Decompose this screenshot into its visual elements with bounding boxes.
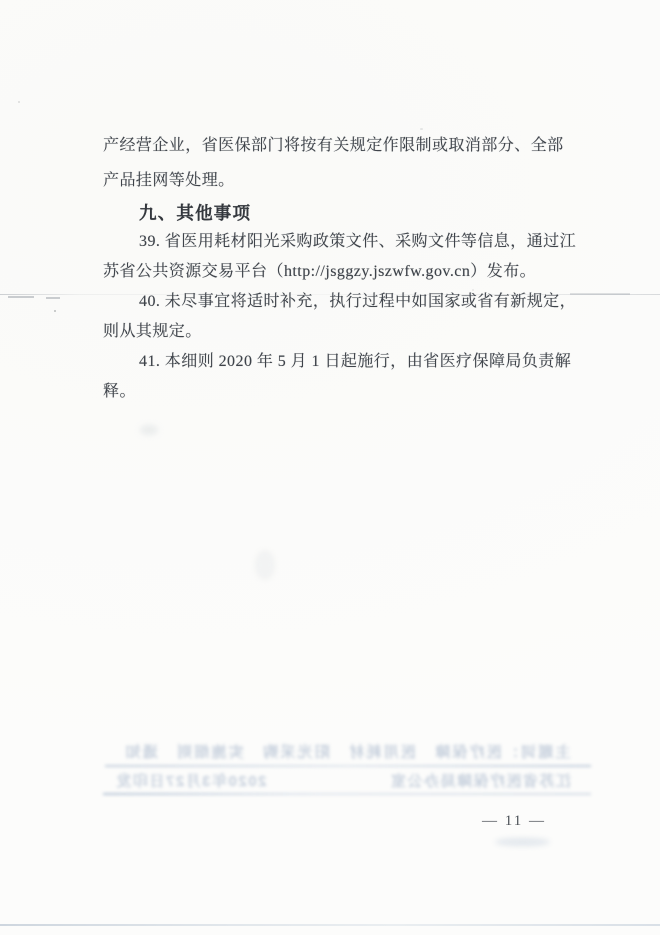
item-39-line-1: 39. 省医用耗材阳光采购政策文件、采购文件等信息，通过江 (139, 231, 576, 253)
bleed-through-rule-bottom (103, 793, 591, 795)
page-number: — 11 — (482, 813, 546, 830)
item-40-line-2: 则从其规定。 (103, 321, 202, 343)
ghost-mark (495, 838, 550, 846)
scan-crease-dash (8, 296, 34, 298)
dust-speck (420, 128, 423, 130)
item-41-line-1: 41. 本细则 2020 年 5 月 1 日起施行，由省医疗保障局负责解 (139, 351, 571, 373)
bleed-through-block: 主题词：医疗保障 医用耗材 阳光采购 实施细则 通知 江苏省医疗保障局办公室 2… (103, 738, 591, 800)
section-heading-9: 九、其他事项 (139, 200, 251, 225)
bleed-through-rule-top (105, 765, 591, 767)
paragraph-continuation-line-2: 产品挂网等处理。 (103, 170, 235, 192)
paragraph-continuation-line-1: 产经营企业，省医保部门将按有关规定作限制或取消部分、全部 (103, 135, 564, 157)
bleed-through-office-text: 江苏省医疗保障局办公室 (389, 770, 591, 791)
dust-speck (18, 101, 20, 103)
item-39-line-2: 苏省公共资源交易平台（http://jsggzy.jszwfw.gov.cn）发… (103, 261, 536, 283)
bleed-through-line-1: 主题词：医疗保障 医用耗材 阳光采购 实施细则 通知 (105, 741, 589, 762)
scanned-document-page: 产经营企业，省医保部门将按有关规定作限制或取消部分、全部 产品挂网等处理。 九、… (0, 0, 660, 935)
dust-speck (54, 310, 56, 312)
item-41-line-2: 释。 (103, 381, 136, 403)
scan-smudge (140, 425, 158, 435)
bleed-through-date-text: 2020年3月27日印发 (105, 770, 266, 791)
bleed-through-line-2: 江苏省医疗保障局办公室 2020年3月27日印发 (105, 770, 591, 791)
scan-smudge (255, 550, 275, 580)
dust-speck (472, 289, 474, 291)
scan-bottom-edge (0, 924, 660, 926)
scan-crease-line (0, 294, 660, 295)
scan-crease-dash (570, 293, 630, 295)
scan-crease-dash (46, 297, 60, 299)
